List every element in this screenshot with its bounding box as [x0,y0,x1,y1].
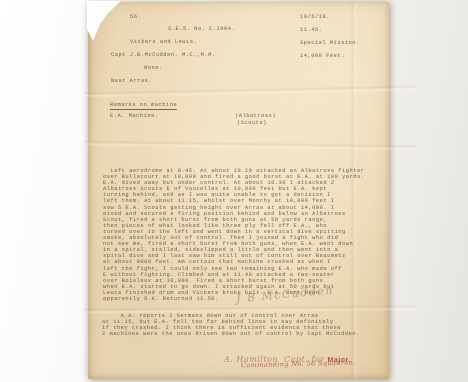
field-height: 14,000 Feet. [300,53,345,59]
field-pilot: Capt J.B.McCudden. M.C.,M.M. [111,52,216,58]
document-page: 56. S.E.5. No. C.1904. Vickers and Lewis… [88,2,389,379]
scan-background: 56. S.E.5. No. C.1904. Vickers and Lewis… [0,0,468,382]
field-locality: Near Arras. [111,78,152,84]
field-aircraft: S.E.5. No. C.1904. [168,26,235,32]
torn-corner [87,1,121,41]
field-date: 10/5/18. [300,14,330,20]
crease [84,85,415,99]
remarks-type-value: (Scouts) [237,120,267,126]
confirmation-paragraph: A.A. reports 2 Germans down out of contr… [102,313,360,337]
field-squadron: 56. [130,14,141,20]
remarks-type-label: E.A. Machine. [110,113,159,119]
field-armament: Vickers and Lewis. [130,39,197,45]
field-observer: None. [144,65,163,71]
narrative-paragraph: Left aerodrome at 9.45. At about 10.20 a… [103,168,364,302]
remarks-type-value: (Albatross) [235,113,276,119]
remarks-heading: Remarks on machine [110,102,177,110]
field-duty: Special Mission. [300,40,360,46]
crease [84,140,415,152]
field-time: 11.45. [300,27,322,33]
command-stamp: Commanding No. 56 Squadron. [241,358,356,369]
